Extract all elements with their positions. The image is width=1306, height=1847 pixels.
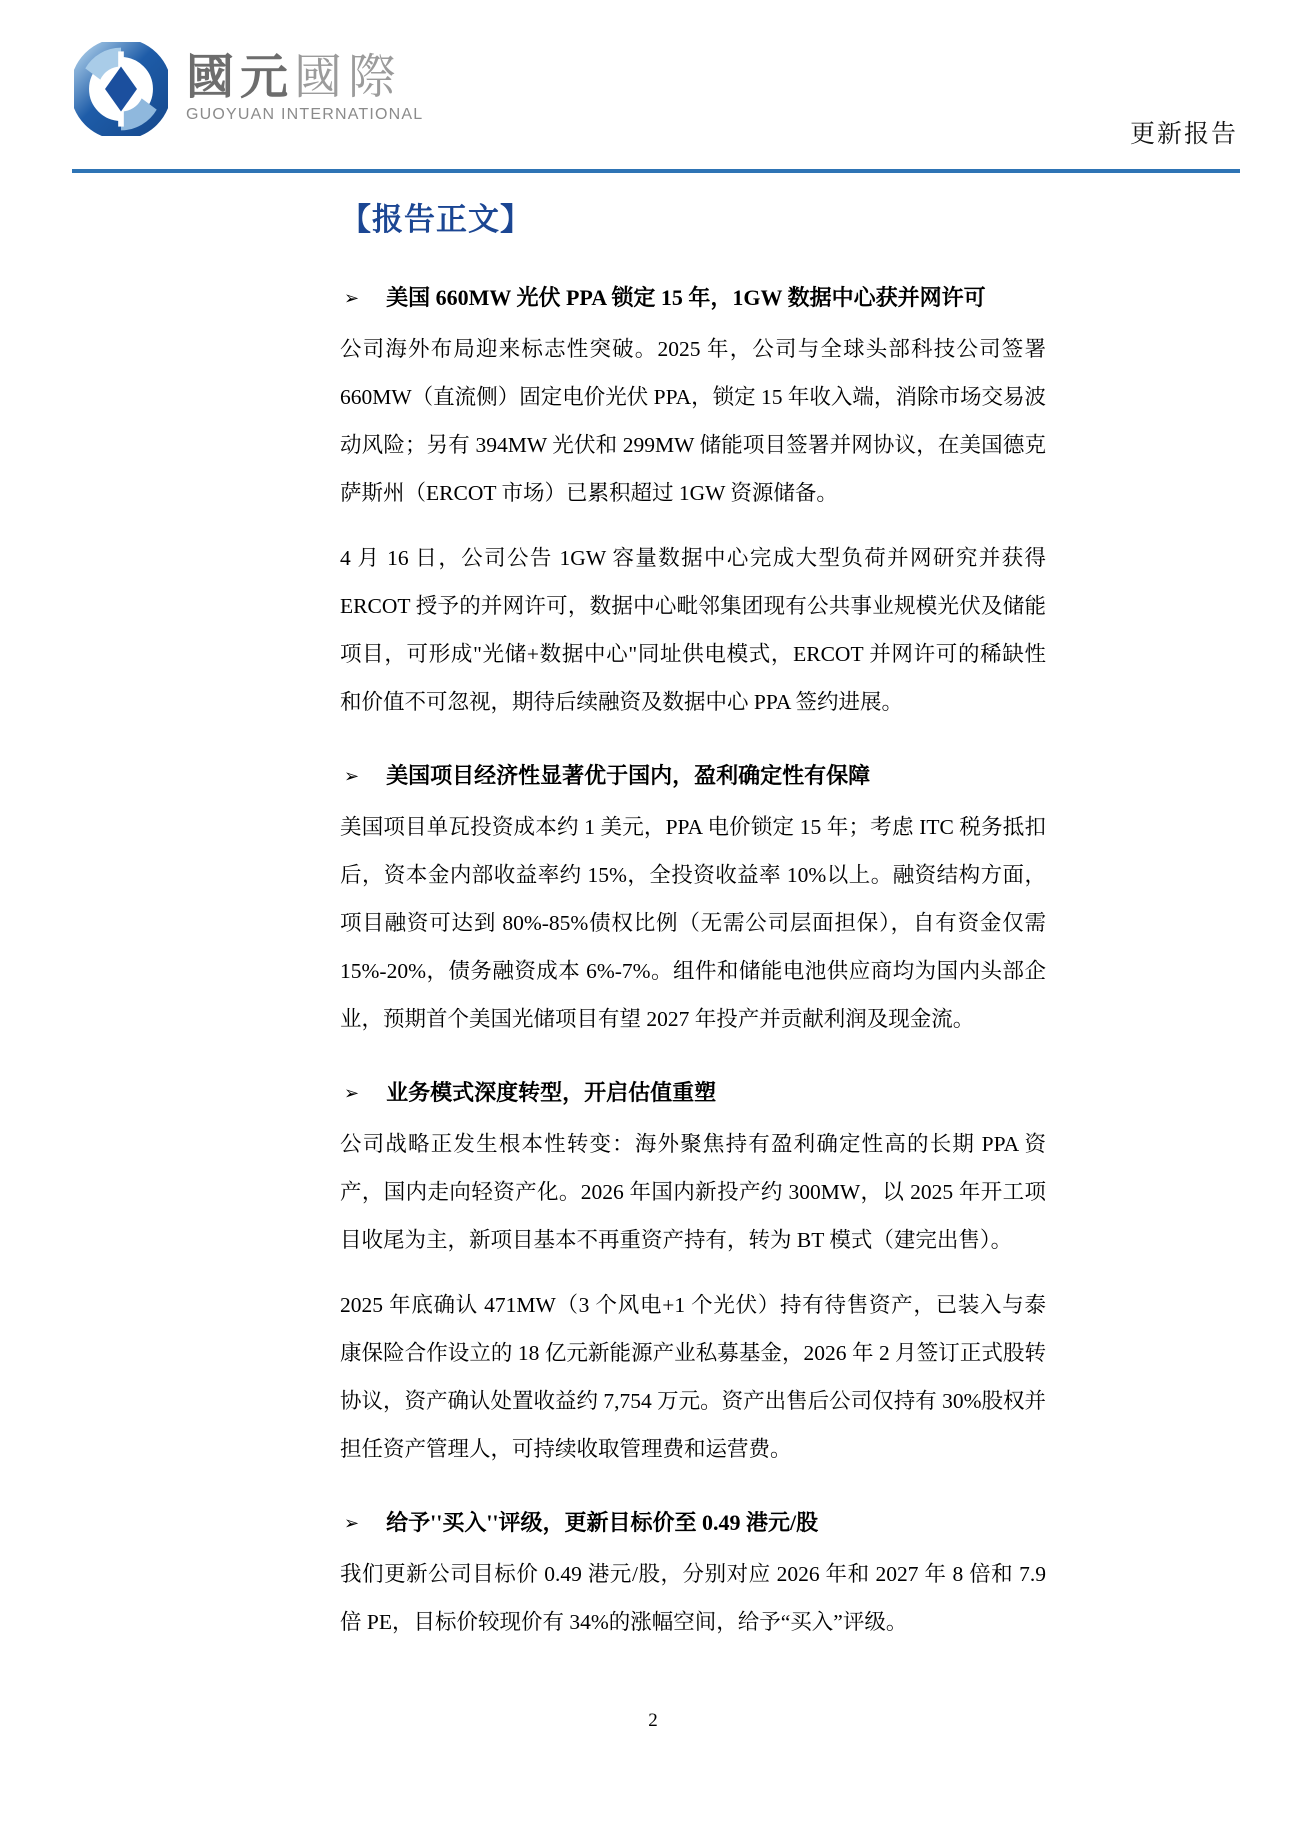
paragraph: 公司海外布局迎来标志性突破。2025 年，公司与全球头部科技公司签署 660MW… xyxy=(340,325,1046,517)
page-title: 【报告正文】 xyxy=(340,200,1046,240)
paragraph: 4 月 16 日，公司公告 1GW 容量数据中心完成大型负荷并网研究并获得 ER… xyxy=(340,534,1046,726)
report-page: 國元國際 GUOYUAN INTERNATIONAL 更新报告 【报告正文】 ➢… xyxy=(0,0,1306,1847)
report-body: 【报告正文】 ➢ 美国 660MW 光伏 PPA 锁定 15 年，1GW 数据中… xyxy=(340,200,1046,1663)
section-heading: ➢ 美国项目经济性显著优于国内，盈利确定性有保障 xyxy=(340,752,1046,801)
brand-name-cn-secondary: 國際 xyxy=(294,51,402,104)
section-us-ppa: ➢ 美国 660MW 光伏 PPA 锁定 15 年，1GW 数据中心获并网许可 … xyxy=(340,274,1046,726)
section-rating: ➢ 给予''买入''评级，更新目标价至 0.49 港元/股 我们更新公司目标价 … xyxy=(340,1499,1046,1646)
header-divider xyxy=(72,169,1240,173)
section-heading-text: 业务模式深度转型，开启估值重塑 xyxy=(386,1069,716,1117)
brand-name-en: GUOYUAN INTERNATIONAL xyxy=(186,104,423,126)
section-business-model: ➢ 业务模式深度转型，开启估值重塑 公司战略正发生根本性转变：海外聚焦持有盈利确… xyxy=(340,1069,1046,1473)
section-heading-text: 美国项目经济性显著优于国内，盈利确定性有保障 xyxy=(386,752,870,800)
section-heading: ➢ 美国 660MW 光伏 PPA 锁定 15 年，1GW 数据中心获并网许可 xyxy=(340,274,1046,323)
page-header: 國元國際 GUOYUAN INTERNATIONAL 更新报告 xyxy=(74,42,1240,136)
arrow-bullet-icon: ➢ xyxy=(344,1499,359,1547)
section-heading: ➢ 业务模式深度转型，开启估值重塑 xyxy=(340,1069,1046,1118)
paragraph: 2025 年底确认 471MW（3 个风电+1 个光伏）持有待售资产，已装入与泰… xyxy=(340,1281,1046,1473)
paragraph: 美国项目单瓦投资成本约 1 美元，PPA 电价锁定 15 年；考虑 ITC 税务… xyxy=(340,803,1046,1043)
report-type-label: 更新报告 xyxy=(1130,114,1238,150)
brand-logo: 國元國際 GUOYUAN INTERNATIONAL xyxy=(74,42,1240,136)
section-heading-text: 给予''买入''评级，更新目标价至 0.49 港元/股 xyxy=(386,1499,818,1547)
brand-name-cn: 國元國際 xyxy=(186,52,423,104)
arrow-bullet-icon: ➢ xyxy=(344,752,359,800)
section-us-economics: ➢ 美国项目经济性显著优于国内，盈利确定性有保障 美国项目单瓦投资成本约 1 美… xyxy=(340,752,1046,1043)
brand-text: 國元國際 GUOYUAN INTERNATIONAL xyxy=(186,52,423,126)
paragraph: 我们更新公司目标价 0.49 港元/股，分别对应 2026 年和 2027 年 … xyxy=(340,1550,1046,1646)
section-heading-text: 美国 660MW 光伏 PPA 锁定 15 年，1GW 数据中心获并网许可 xyxy=(386,274,986,322)
paragraph: 公司战略正发生根本性转变：海外聚焦持有盈利确定性高的长期 PPA 资产，国内走向… xyxy=(340,1120,1046,1264)
page-number: 2 xyxy=(0,1710,1306,1732)
arrow-bullet-icon: ➢ xyxy=(344,1069,359,1117)
brand-name-cn-primary: 國元 xyxy=(186,51,294,104)
section-heading: ➢ 给予''买入''评级，更新目标价至 0.49 港元/股 xyxy=(340,1499,1046,1548)
guoyuan-logo-icon xyxy=(74,42,168,136)
arrow-bullet-icon: ➢ xyxy=(344,274,359,322)
